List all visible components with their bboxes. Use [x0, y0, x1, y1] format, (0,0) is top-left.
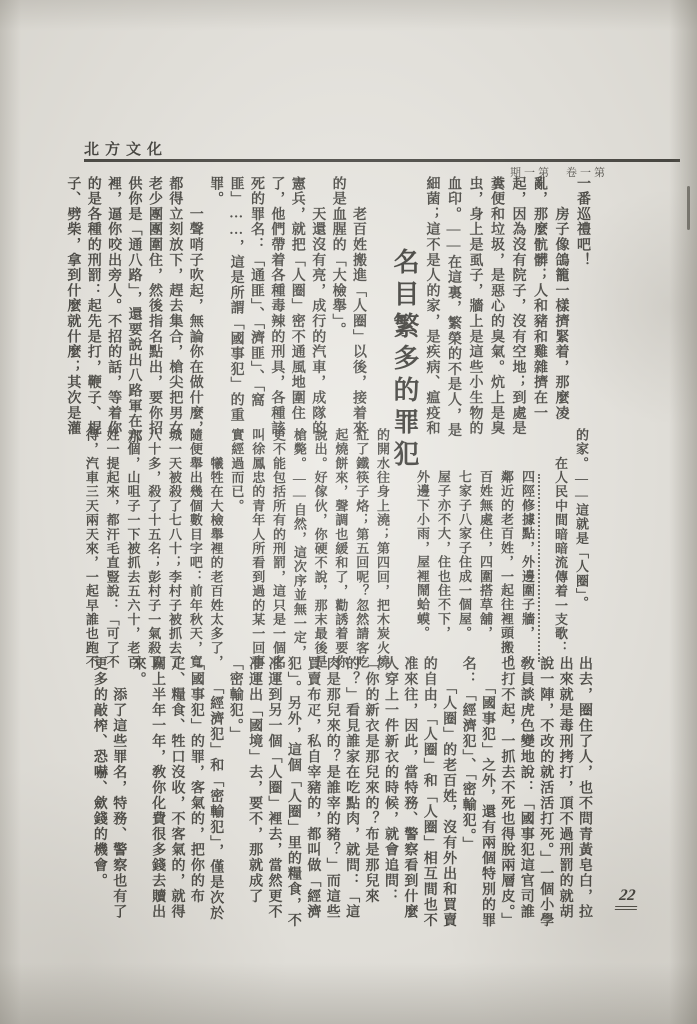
paragraph: 一聲哨子吹起，無論你在做什麼，都得立刻放下，趕去集合，槍尖把男女老少團團圍住，然…: [62, 176, 205, 448]
paragraph: 的開水往身上澆；第四回，把木炭火燒紅了鐵筷子烙；第五回呢？忽然請客吃起燒餅來，聲…: [226, 428, 392, 671]
text-block-middle-left: 的開水往身上澆；第四回，把木炭火燒紅了鐵筷子烙；第五回呢？忽然請客吃起燒餅來，聲…: [80, 428, 392, 671]
text-block-upper-left: 老百姓搬進「人圈」以後，接着來的是血腥的「大檢舉」。 天還沒有亮，成行的汽車，成…: [62, 176, 368, 448]
paragraph: 「國事犯」之外，還有兩個特別的罪名：「經濟犯」、「密輸犯。」: [458, 656, 497, 932]
paragraph: 在人民中間暗暗流傳着一支歌：: [550, 428, 571, 671]
text-block-middle-right: 的家。——這就是「人圈」。 在人民中間暗暗流傳着一支歌： 四陘修據點，外邊圍子牆…: [402, 428, 592, 671]
song-line: 七家子八家子住成一個屋。: [454, 428, 475, 671]
song-line: 外邊下小雨，屋裡鬧蛤蟆。: [412, 428, 433, 671]
paragraph: 出去，圈住了人，也不問青黃皂白，拉出來就是毒刑拷打，頂不過刑罰的就胡說一陣，不改…: [497, 656, 594, 932]
song-line: 鄰近的老百姓，一起往裡頭搬。: [496, 428, 517, 671]
header-rule: [84, 159, 680, 162]
song-line: 四陘修據點，外邊圍子牆，: [517, 428, 538, 671]
page-number: 22: [615, 887, 639, 910]
paragraph: 一番巡禮吧！: [572, 176, 594, 446]
dotted-divider: [538, 474, 550, 662]
song-line: 百姓無處住，四圍搭草舖，: [475, 428, 496, 671]
paragraph: 天還沒有亮，成行的汽車，成隊的憲兵，就把「人圈」密不通風地圍住了，他們帶着各種毒…: [205, 176, 327, 448]
text-block-bottom: 出去，圈住了人，也不問青黃皂白，拉出來就是毒刑拷打，頂不過刑罰的就胡說一陣，不改…: [88, 656, 594, 932]
paragraph: 老百姓搬進「人圈」以後，接着來的是血腥的「大檢舉」。: [327, 176, 368, 448]
text-block-upper-right: 一番巡禮吧！ 房子像鴿籠一樣擠緊着，那麼凌亂，那麼骯髒；人和豬和雞雜擠在一起，因…: [420, 176, 593, 446]
paragraph: 房子像鴿籠一樣擠緊着，那麼凌亂，那麼骯髒；人和豬和雞雜擠在一起，因為沒有院子，沒…: [420, 176, 572, 446]
scan-artifact: [687, 186, 690, 230]
paragraph: 「人圈」的老百姓，沒有外出和買賣的自由，「人圈」和「人圈」相互間也不准來往，因此…: [225, 656, 458, 932]
paragraph: 添了這些罪名，特務、警察也有了更多的敲榨、恐嚇、歛錢的機會。: [89, 656, 128, 932]
masthead: 北方文化: [84, 138, 168, 159]
scanned-magazine-page: 北方文化 第一卷 第一期 名目繁多的罪犯 一番巡禮吧！ 房子像鴿籠一樣擠緊着，那…: [0, 0, 697, 1024]
paragraph: 「經濟犯」和「密輸犯」，僅是次於「國事犯」的罪，客氣的，把你的布疋、糧食、牲口沒…: [128, 656, 225, 932]
paragraph: 犧牲在大檢舉裡的老百姓太多了，隨便舉出幾個數目字吧：前年秋天，寬城一天被殺了七八…: [80, 428, 226, 671]
song-line: 屋子亦不大，住也住不下，: [433, 428, 454, 671]
paragraph: 的家。——這就是「人圈」。: [571, 428, 592, 671]
